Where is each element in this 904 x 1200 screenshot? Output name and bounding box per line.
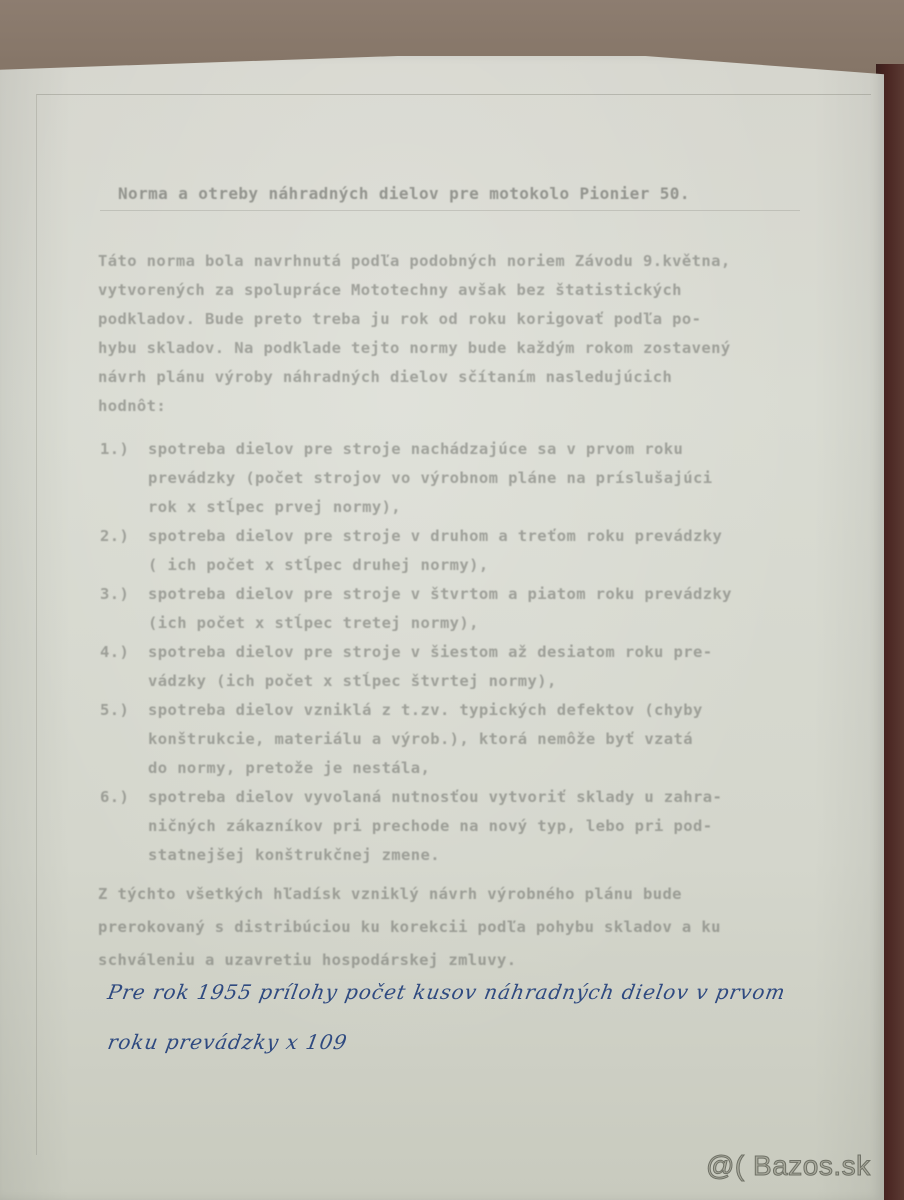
document-page: Norma a otreby náhradných dielov pre mot… (0, 56, 884, 1200)
list-item-line: spotreba dielov pre stroje v druhom a tr… (148, 527, 722, 545)
intro-line: podkladov. Bude preto treba ju rok od ro… (98, 310, 701, 328)
list-item-line: statnejšej konštrukčnej zmene. (148, 846, 440, 864)
list-item-number: 5.) (100, 701, 129, 719)
list-item-number: 3.) (100, 585, 129, 603)
list-item-line: prevádzky (počet strojov vo výrobnom plá… (148, 469, 712, 487)
list-item-line: do normy, pretože je nestála, (148, 759, 430, 777)
intro-line: hodnôt: (98, 397, 166, 415)
list-item-line: spotreba dielov pre stroje nachádzajúce … (148, 440, 683, 458)
list-item-line: spotreba dielov vzniklá z t.zv. typickýc… (148, 701, 703, 719)
closing-line: schváleniu a uzavretiu hospodárskej zmlu… (98, 951, 516, 969)
list-item-line: (ich počet x stĺpec tretej normy), (148, 614, 479, 632)
list-item-line: ( ich počet x stĺpec druhej normy), (148, 556, 489, 574)
list-item-number: 6.) (100, 788, 129, 806)
list-item-line: spotreba dielov pre stroje v štvrtom a p… (148, 585, 732, 603)
intro-line: vytvorených za spolupráce Mototechny avš… (98, 281, 682, 299)
list-item-line: rok x stĺpec prvej normy), (148, 498, 401, 516)
closing-line: Z týchto všetkých hľadísk vzniklý návrh … (98, 885, 682, 903)
handwritten-note-line-1: Pre rok 1955 prílohy počet kusov náhradn… (106, 980, 788, 1004)
list-item-line: spotreba dielov vyvolaná nutnosťou vytvo… (148, 788, 722, 806)
intro-line: hybu skladov. Na podklade tejto normy bu… (98, 339, 731, 357)
list-item-line: spotreba dielov pre stroje v šiestom až … (148, 643, 712, 661)
bazos-watermark: @( Bazos.sk (706, 1150, 871, 1182)
list-item-line: ničných zákazníkov pri prechode na nový … (148, 817, 712, 835)
document-title: Norma a otreby náhradných dielov pre mot… (118, 184, 690, 203)
closing-line: prerokovaný s distribúciou ku korekcii p… (98, 918, 721, 936)
intro-line: Táto norma bola navrhnutá podľa podobnýc… (98, 252, 731, 270)
list-item-number: 2.) (100, 527, 129, 545)
title-underline (100, 210, 800, 211)
list-item-line: konštrukcie, materiálu a výrob.), ktorá … (148, 730, 693, 748)
list-item-line: vádzky (ich počet x stĺpec štvrtej normy… (148, 672, 557, 690)
handwritten-note-line-2: roku prevádzky x 109 (106, 1030, 350, 1054)
list-item-number: 4.) (100, 643, 129, 661)
list-item-number: 1.) (100, 440, 129, 458)
intro-line: návrh plánu výroby náhradných dielov sčí… (98, 368, 672, 386)
